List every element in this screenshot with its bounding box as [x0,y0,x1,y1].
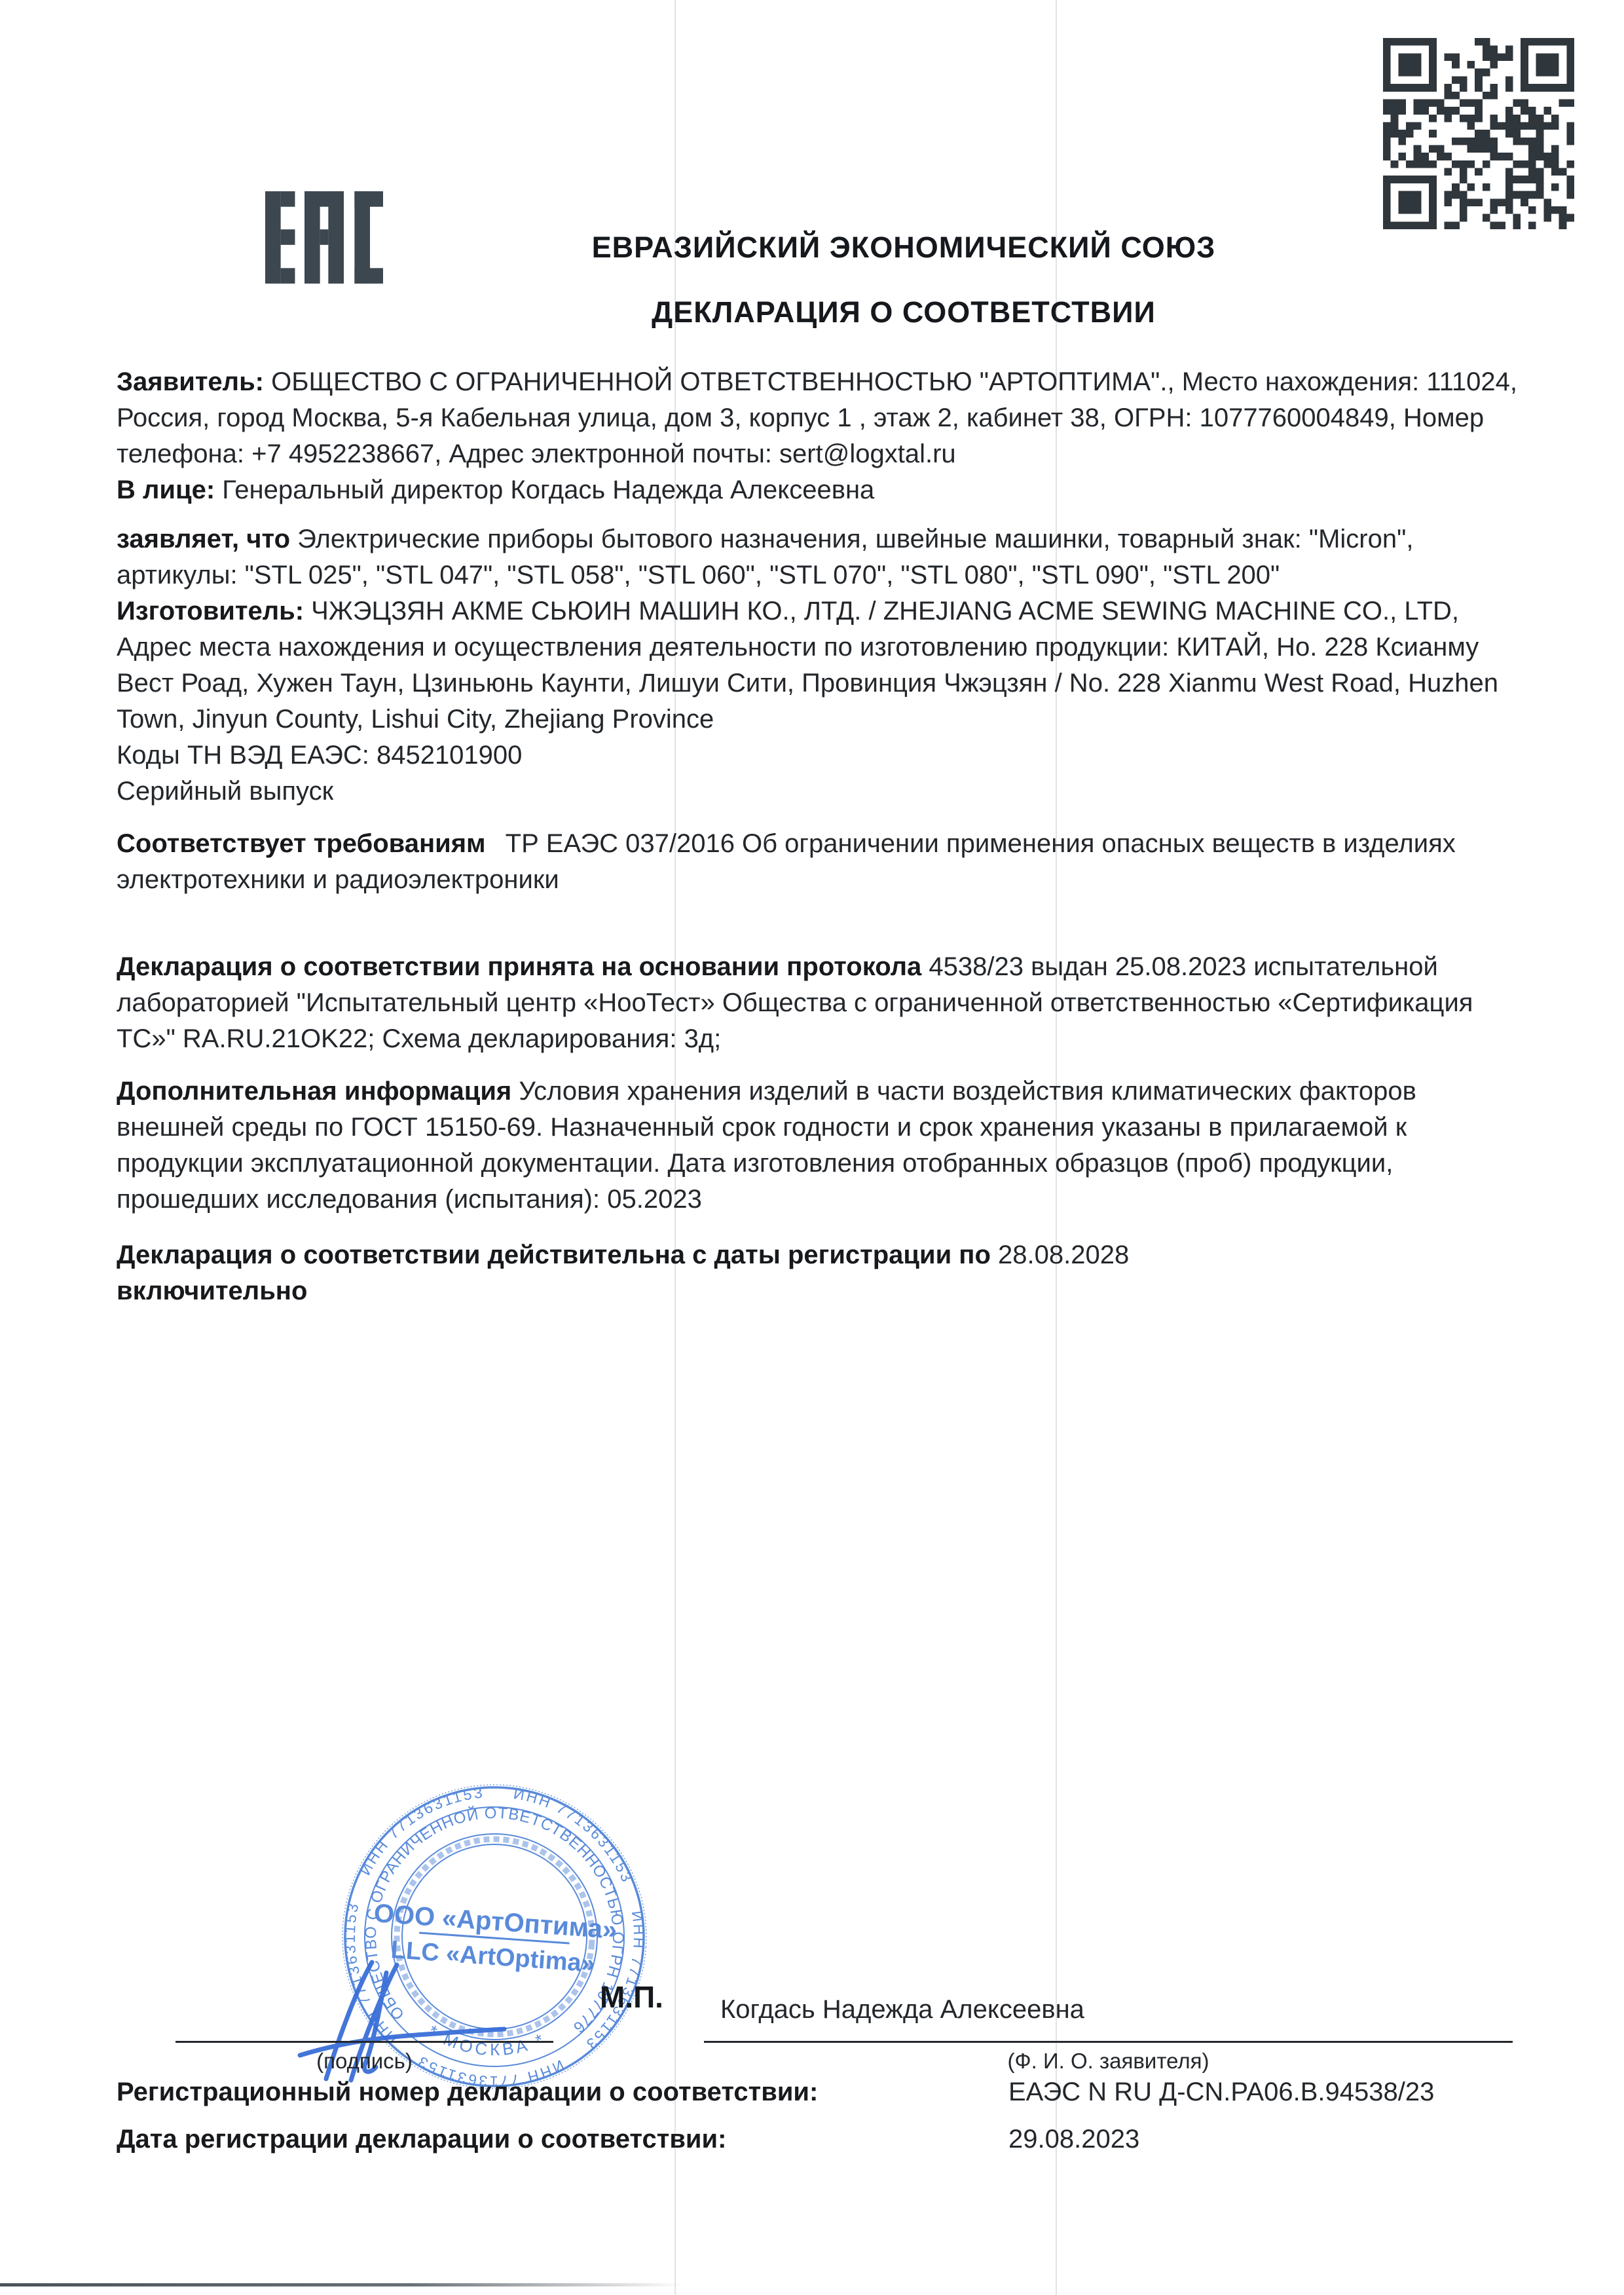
declaration-document: { "header": { "union": "ЕВРАЗИЙСКИЙ ЭКОН… [0,0,1624,2295]
declares-text: Электрические приборы бытового назначени… [117,525,1413,589]
validity-suffix: включительно [117,1277,307,1305]
paragraph-manufacturer-address: Адрес места нахождения и осуществления д… [117,629,1518,737]
paragraph-basis: Декларация о соответствии принята на осн… [117,949,1518,1057]
manufacturer-label: Изготовитель: [117,597,304,625]
union-title: ЕВРАЗИЙСКИЙ ЭКОНОМИЧЕСКИЙ СОЮЗ [458,231,1349,265]
fio-caption: (Ф. И. О. заявителя) [704,2049,1513,2074]
tnved-codes-text: Коды ТН ВЭД ЕАЭС: 8452101900 [117,741,522,770]
additional-info-label: Дополнительная информация [117,1077,511,1106]
paragraph-manufacturer: Изготовитель: ЧЖЭЦЗЯН АКМЕ СЬЮИН МАШИН К… [117,593,1518,629]
paragraph-declares: заявляет, что Электрические приборы быто… [117,521,1518,593]
paragraph-applicant: Заявитель: ОБЩЕСТВО С ОГРАНИЧЕННОЙ ОТВЕТ… [117,364,1518,472]
document-header: ЕВРАЗИЙСКИЙ ЭКОНОМИЧЕСКИЙ СОЮЗ ДЕКЛАРАЦИ… [458,231,1349,329]
registration-number-label: Регистрационный номер декларации о соотв… [117,2078,818,2107]
represented-by-text: Генеральный директор Когдась Надежда Але… [215,476,874,504]
registration-date-label: Дата регистрации декларации о соответств… [117,2125,726,2154]
paragraph-complies-with: Соответствует требованиямТР ЕАЭС 037/201… [117,826,1518,898]
signature-caption: (подпись) [175,2049,553,2074]
complies-label: Соответствует требованиям [117,829,486,858]
paragraph-additional-info: Дополнительная информация Условия хранен… [117,1073,1518,1218]
validity-date: 28.08.2028 [991,1241,1129,1269]
paragraph-represented-by: В лице: Генеральный директор Когдась Над… [117,472,1518,508]
validity-label: Декларация о соответствии действительна … [117,1241,991,1269]
registration-number-value: ЕАЭС N RU Д-CN.РА06.В.94538/23 [1008,2078,1434,2107]
stamp-place-label: М.П. [600,1979,663,2015]
manufacturer-address-text: Адрес места нахождения и осуществления д… [117,633,1498,734]
eac-logo [265,190,383,285]
signature-line [175,2041,553,2043]
scan-fold-line-left [674,0,676,2295]
paragraph-validity: Декларация о соответствии действительна … [117,1237,1518,1309]
qr-code [1383,38,1574,229]
applicant-text: ОБЩЕСТВО С ОГРАНИЧЕННОЙ ОТВЕТСТВЕННОСТЬЮ… [117,367,1517,468]
applicant-label: Заявитель: [117,367,264,396]
scan-fold-line-right [1056,0,1057,2295]
paragraph-tnved-codes: Коды ТН ВЭД ЕАЭС: 8452101900 [117,737,1518,774]
page-title: ДЕКЛАРАЦИЯ О СООТВЕТСТВИИ [458,295,1349,329]
document-body: Заявитель: ОБЩЕСТВО С ОГРАНИЧЕННОЙ ОТВЕТ… [117,364,1518,1309]
registration-date-value: 29.08.2023 [1008,2125,1139,2154]
applicant-fio: Когдась Надежда Алексеевна [720,1995,1084,2024]
serial-production-text: Серийный выпуск [117,777,333,806]
paragraph-serial-production: Серийный выпуск [117,774,1518,810]
manufacturer-text: ЧЖЭЦЗЯН АКМЕ СЬЮИН МАШИН КО., ЛТД. / ZHE… [304,597,1459,625]
scan-edge-line [0,2283,684,2286]
declares-label: заявляет, что [117,525,290,553]
fio-line [704,2041,1513,2043]
basis-label: Декларация о соответствии принята на осн… [117,952,921,981]
represented-by-label: В лице: [117,476,215,504]
